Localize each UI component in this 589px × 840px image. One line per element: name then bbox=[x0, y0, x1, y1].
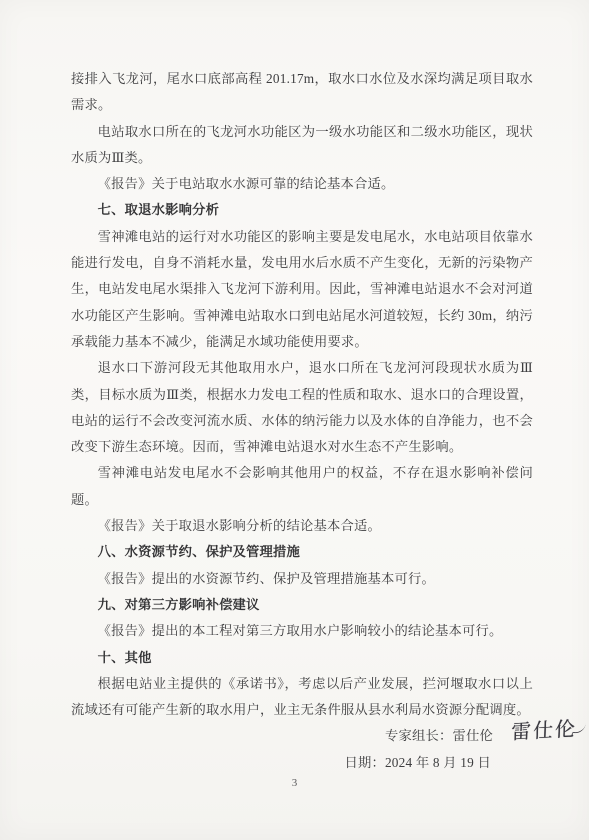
signature-row: 专家组长：雷仕伦 雷仕伦 bbox=[71, 723, 533, 749]
date-line: 日期：2024 年 8 月 19 日 bbox=[71, 750, 533, 776]
paragraph: 根据电站业主提供的《承诺书》，考虑以后产业发展，拦河堰取水口以上流域还有可能产生… bbox=[71, 671, 533, 724]
paragraph: 退水口下游河段无其他取用水户，退水口所在飞龙河河段现状水质为Ⅲ类，目标水质为Ⅲ类… bbox=[71, 355, 533, 460]
section-heading-9: 九、对第三方影响补偿建议 bbox=[71, 592, 533, 618]
paragraph: 《报告》提出的本工程对第三方取用水户影响较小的结论基本可行。 bbox=[71, 618, 533, 644]
document-body: 接排入飞龙河，尾水口底部高程 201.17m，取水口水位及水深均满足项目取水需求… bbox=[71, 66, 533, 776]
section-heading-10: 十、其他 bbox=[71, 645, 533, 671]
paragraph: 雪神滩电站发电尾水不会影响其他用户的权益，不存在退水影响补偿问题。 bbox=[71, 460, 533, 513]
paragraph: 雪神滩电站的运行对水功能区的影响主要是发电尾水，水电站项目依靠水能进行发电，自身… bbox=[71, 224, 533, 355]
paragraph: 电站取水口所在的飞龙河水功能区为一级水功能区和二级水功能区，现状水质为Ⅲ类。 bbox=[71, 119, 533, 172]
section-heading-7: 七、取退水影响分析 bbox=[71, 197, 533, 223]
signature-label: 专家组长：雷仕伦 bbox=[385, 728, 493, 743]
paragraph-continued: 接排入飞龙河，尾水口底部高程 201.17m，取水口水位及水深均满足项目取水需求… bbox=[71, 66, 533, 119]
section-heading-8: 八、水资源节约、保护及管理措施 bbox=[71, 539, 533, 565]
page-number: 3 bbox=[0, 777, 589, 789]
paragraph: 《报告》关于电站取水水源可靠的结论基本合适。 bbox=[71, 171, 533, 197]
handwritten-signature: 雷仕伦 bbox=[511, 716, 586, 746]
document-page: 接排入飞龙河，尾水口底部高程 201.17m，取水口水位及水深均满足项目取水需求… bbox=[0, 0, 589, 840]
paragraph: 《报告》关于取退水影响分析的结论基本合适。 bbox=[71, 513, 533, 539]
paragraph: 《报告》提出的水资源节约、保护及管理措施基本可行。 bbox=[71, 566, 533, 592]
